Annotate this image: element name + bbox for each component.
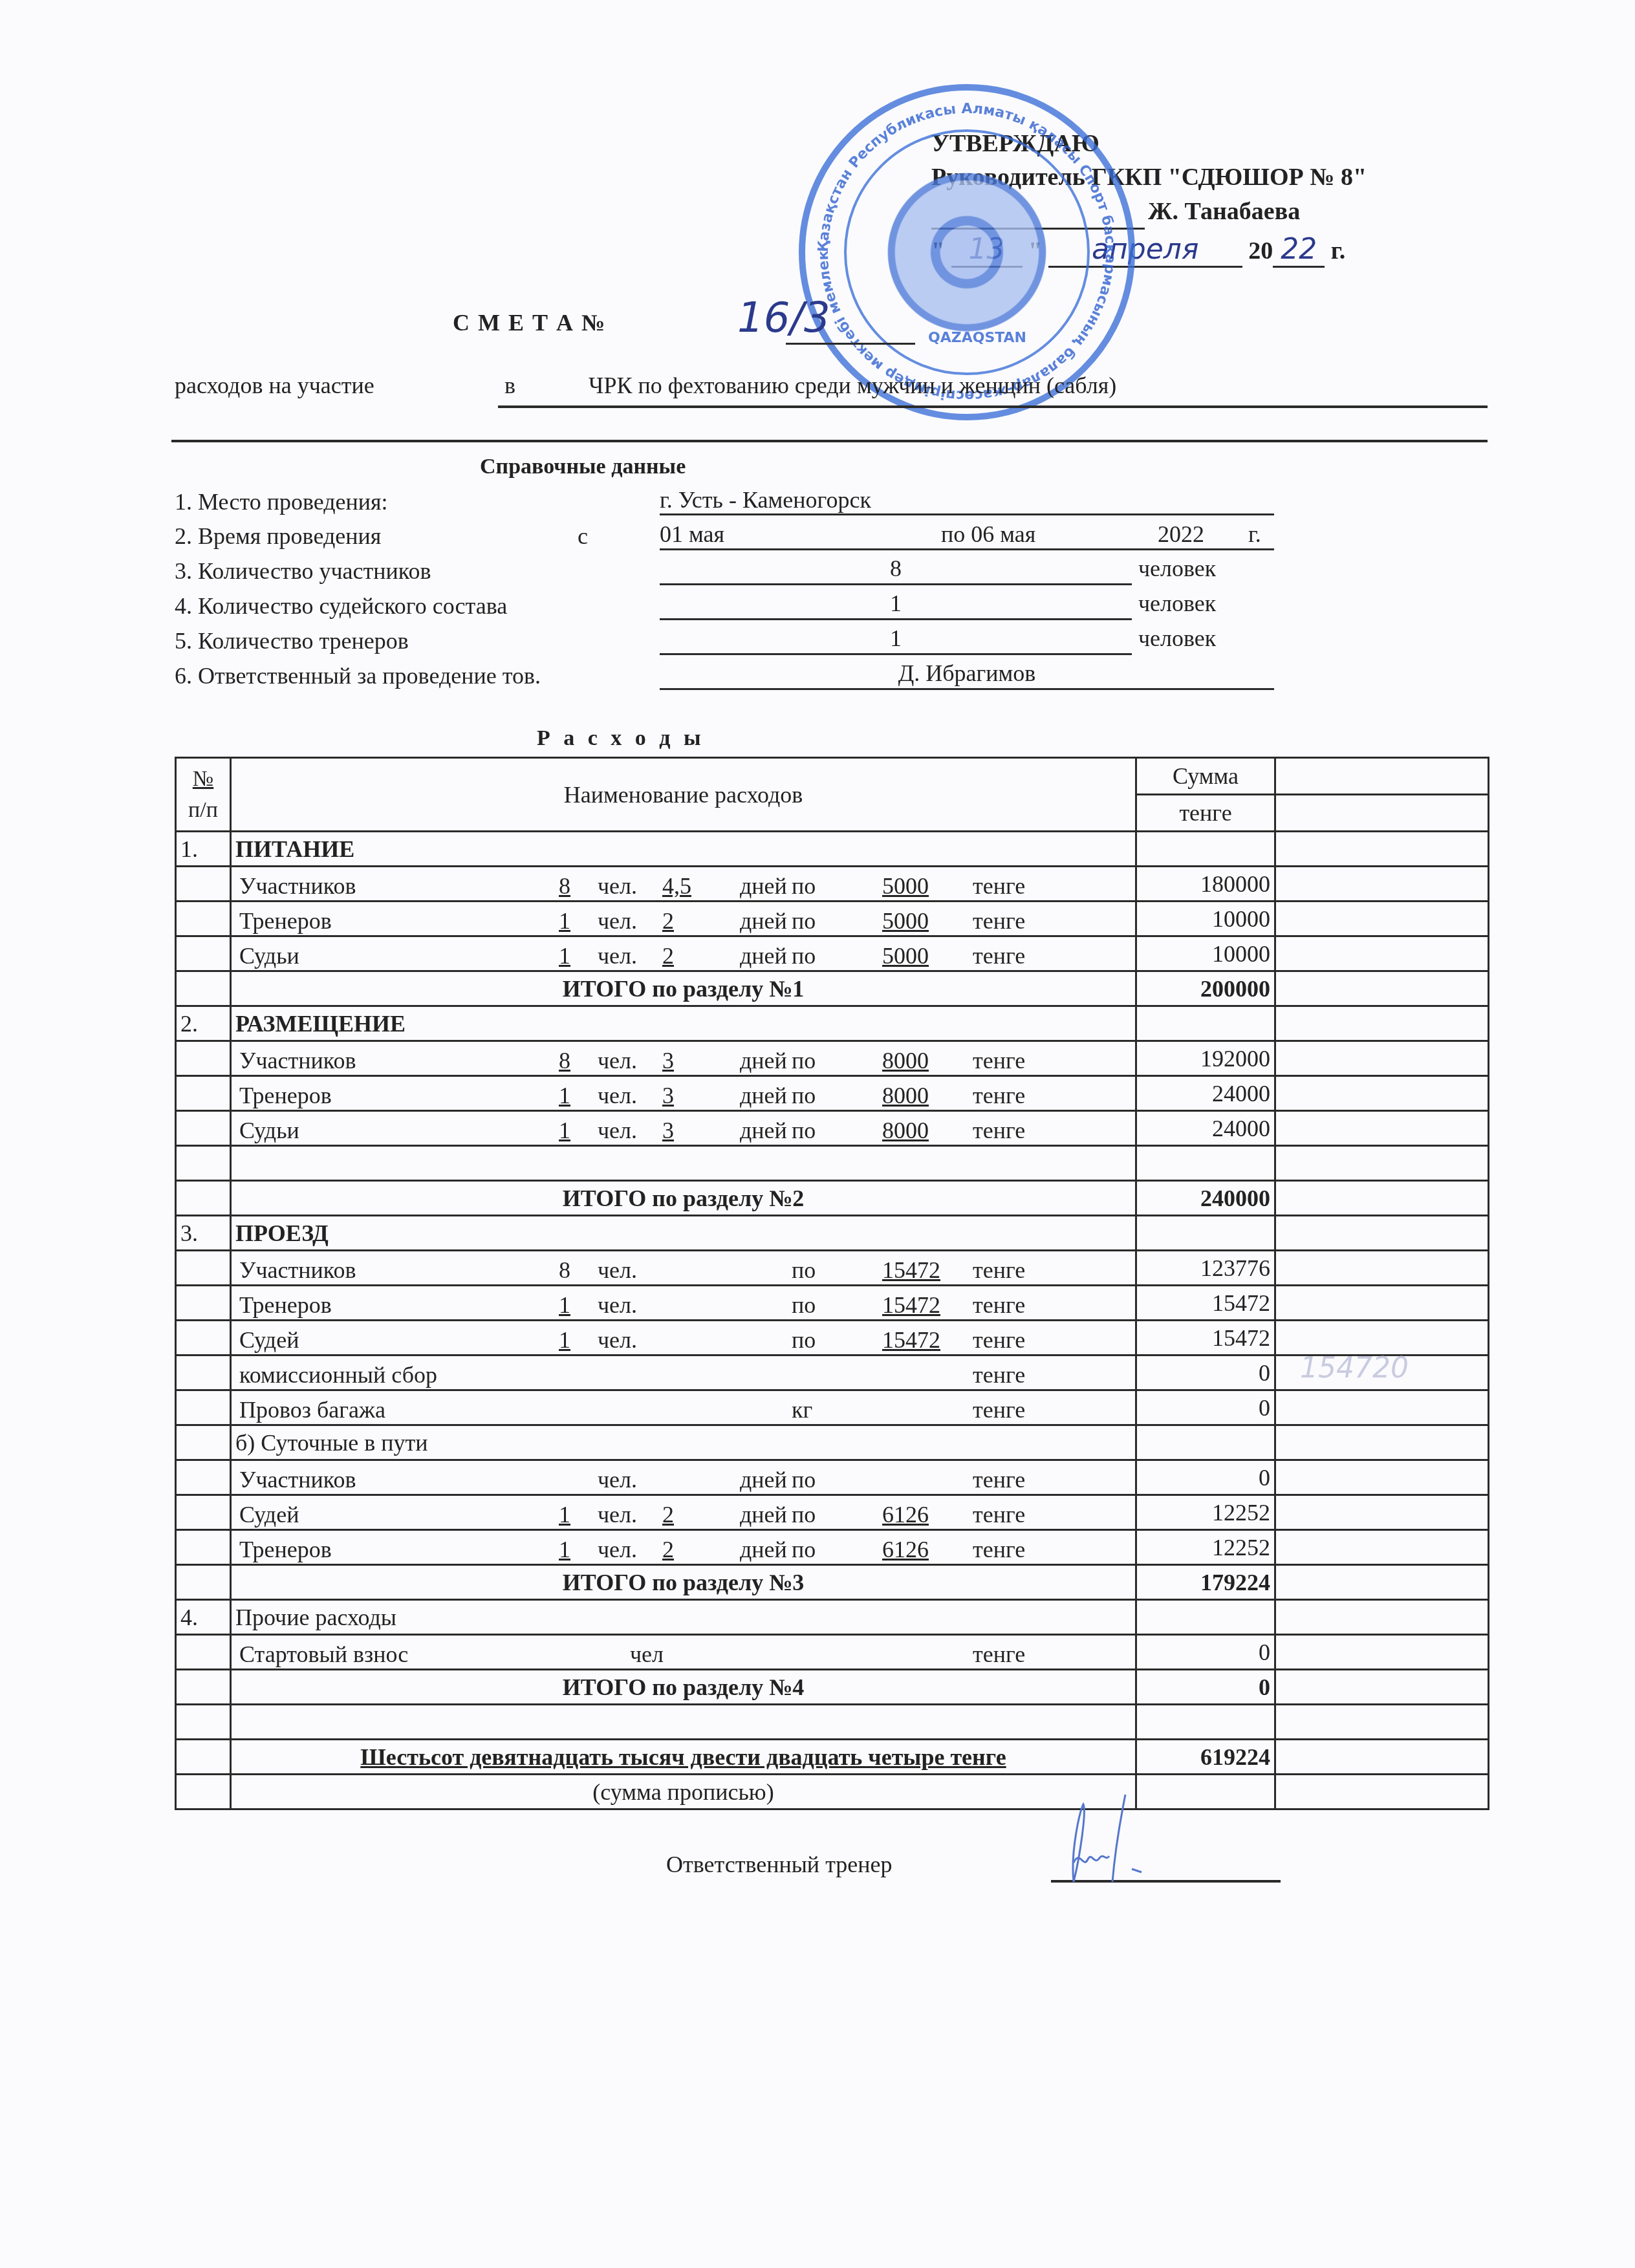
item-unit: чел.	[598, 1501, 637, 1528]
row-sum	[1136, 1216, 1275, 1251]
row-name: Участниковчел.днейпотенге	[231, 1460, 1136, 1495]
item-name: комиссионный сбор	[239, 1361, 437, 1388]
row-extra	[1275, 936, 1489, 971]
row-num	[176, 1705, 231, 1740]
header-extra-2	[1275, 795, 1489, 832]
row-sum: 15472	[1136, 1321, 1275, 1355]
ref-time-year: 2022	[1158, 521, 1204, 548]
item-days: 4,5	[662, 872, 691, 900]
row-num	[176, 1530, 231, 1565]
ref-judges-value: 1	[660, 590, 1132, 617]
row-num	[176, 1565, 231, 1600]
item-qty: 1	[559, 907, 570, 934]
item-cur: тенге	[973, 1047, 1025, 1074]
ref-coaches-label: 5. Количество тренеров	[175, 627, 409, 654]
item-cur: тенге	[973, 1117, 1025, 1144]
item-qty: 1	[559, 1082, 570, 1109]
header-num-sign: №	[193, 767, 213, 791]
item-rate: 6126	[882, 1536, 929, 1563]
ref-time-label: 2. Время проведения	[175, 523, 381, 550]
item-name: Участников	[239, 1466, 356, 1493]
event-underline	[498, 405, 1488, 408]
item-by: по	[792, 1117, 816, 1144]
row-sum	[1136, 832, 1275, 867]
state-emblem-icon	[883, 168, 1051, 336]
row-sum: 192000	[1136, 1041, 1275, 1076]
date-year-unit: г.	[1331, 237, 1345, 265]
item-unit: чел.	[598, 1291, 637, 1319]
item-cur: тенге	[973, 1641, 1025, 1668]
table-row	[176, 1705, 1489, 1740]
ref-place-line	[660, 513, 1274, 515]
row-num: 4.	[176, 1600, 231, 1635]
row-name: Провоз багажакгтенге	[231, 1390, 1136, 1425]
item-cur: тенге	[973, 907, 1025, 934]
item-rate: 5000	[882, 907, 929, 934]
row-num	[176, 1251, 231, 1286]
item-by: по	[792, 907, 816, 934]
item-days-label: дней	[740, 1082, 787, 1109]
row-num: 1.	[176, 832, 231, 867]
item-days-label: дней	[740, 1466, 787, 1493]
row-name: ИТОГО по разделу №4	[231, 1670, 1136, 1705]
table-row: Участников8чел.3днейпо8000тенге192000	[176, 1041, 1489, 1076]
item-rate: 8000	[882, 1082, 929, 1109]
item-by: по	[792, 1536, 816, 1563]
table-row: Тренеров1чел.2днейпо5000тенге10000	[176, 902, 1489, 936]
row-sum	[1136, 1705, 1275, 1740]
row-name: Тренеров1чел.2днейпо6126тенге	[231, 1530, 1136, 1565]
row-name	[231, 1705, 1136, 1740]
row-name: ИТОГО по разделу №1	[231, 971, 1136, 1006]
item-days: 3	[662, 1047, 674, 1074]
item-days: 3	[662, 1082, 674, 1109]
row-name: Прочие расходы	[231, 1600, 1136, 1635]
item-days: 2	[662, 907, 674, 934]
table-row: ИТОГО по разделу №1200000	[176, 971, 1489, 1006]
ref-time-year-unit: г.	[1248, 521, 1261, 548]
row-name: Судей1чел.2днейпо6126тенге	[231, 1495, 1136, 1530]
row-num	[176, 1286, 231, 1321]
item-qty: 1	[559, 1536, 570, 1563]
row-sum	[1136, 1600, 1275, 1635]
table-row: Тренеров1чел.2днейпо6126тенге12252	[176, 1530, 1489, 1565]
table-row: Судей1чел.по15472тенге15472	[176, 1321, 1489, 1355]
row-extra	[1275, 1460, 1489, 1495]
row-extra	[1275, 1251, 1489, 1286]
item-qty: 1	[559, 1501, 570, 1528]
row-extra	[1275, 1181, 1489, 1216]
row-name: РАЗМЕЩЕНИЕ	[231, 1006, 1136, 1041]
item-name: Судьи	[239, 1117, 299, 1144]
row-num	[176, 1670, 231, 1705]
table-row: 1.ПИТАНИЕ	[176, 832, 1489, 867]
ref-judges-label: 4. Количество судейского состава	[175, 592, 507, 620]
item-rate: 15472	[882, 1257, 940, 1284]
stamp-emblem-label: QAZAQSTAN	[928, 330, 1026, 346]
row-extra	[1275, 1740, 1489, 1775]
separator-line	[171, 440, 1488, 442]
item-rate: 15472	[882, 1291, 940, 1319]
table-header-row: № п/п Наименование расходов Сумма	[176, 758, 1489, 795]
table-row: (сумма прописью)	[176, 1775, 1489, 1809]
item-unit: чел.	[598, 1326, 637, 1354]
item-days-label: дней	[740, 1047, 787, 1074]
item-days-label: дней	[740, 907, 787, 934]
row-num	[176, 1355, 231, 1390]
ref-time-line	[660, 548, 1274, 550]
row-sum: 0	[1136, 1670, 1275, 1705]
item-by: по	[792, 1082, 816, 1109]
row-num	[176, 1425, 231, 1460]
row-name: ИТОГО по разделу №3	[231, 1565, 1136, 1600]
item-qty: 8	[559, 872, 570, 900]
row-sum: 24000	[1136, 1076, 1275, 1111]
row-name: ИТОГО по разделу №2	[231, 1181, 1136, 1216]
item-cur: тенге	[973, 872, 1025, 900]
row-num	[176, 1041, 231, 1076]
row-extra	[1275, 867, 1489, 902]
item-unit: чел.	[598, 1117, 637, 1144]
expenses-heading: Р а с х о д ы	[537, 726, 705, 751]
reference-heading: Справочные данные	[480, 455, 686, 479]
row-extra	[1275, 1390, 1489, 1425]
row-extra	[1275, 1530, 1489, 1565]
header-extra	[1275, 758, 1489, 795]
item-unit: чел.	[598, 872, 637, 900]
table-row: Участников8чел.по15472тенге123776	[176, 1251, 1489, 1286]
item-by: по	[792, 1257, 816, 1284]
item-qty: 1	[559, 1326, 570, 1354]
item-name: Тренеров	[239, 907, 332, 934]
row-extra	[1275, 1425, 1489, 1460]
item-days: 2	[662, 942, 674, 969]
header-currency: тенге	[1136, 795, 1275, 832]
item-name: Провоз багажа	[239, 1396, 385, 1423]
row-sum	[1136, 1425, 1275, 1460]
ref-participants-value: 8	[660, 555, 1132, 582]
row-name: Шестьсот девятнадцать тысяч двести двадц…	[231, 1740, 1136, 1775]
purpose-prep: в	[504, 372, 515, 399]
item-cur: тенге	[973, 1257, 1025, 1284]
ref-place-label: 1. Место проведения:	[175, 488, 388, 515]
table-row	[176, 1146, 1489, 1181]
table-row: Участников8чел.4,5днейпо5000тенге180000	[176, 867, 1489, 902]
row-extra	[1275, 1600, 1489, 1635]
item-unit: чел.	[598, 1082, 637, 1109]
row-extra	[1275, 971, 1489, 1006]
item-name: Тренеров	[239, 1082, 332, 1109]
ref-participants-label: 3. Количество участников	[175, 557, 431, 585]
row-name: Участников8чел.4,5днейпо5000тенге	[231, 867, 1136, 902]
row-extra	[1275, 1635, 1489, 1670]
row-sum: 0	[1136, 1635, 1275, 1670]
doc-number-line	[786, 343, 915, 345]
item-by: по	[792, 1047, 816, 1074]
table-row: Судьи1чел.2днейпо5000тенге10000	[176, 936, 1489, 971]
ref-time-prep: с	[578, 523, 588, 550]
item-by: по	[792, 872, 816, 900]
ref-judges-unit: человек	[1138, 590, 1216, 617]
header-name: Наименование расходов	[231, 758, 1136, 832]
item-days-label: дней	[740, 1117, 787, 1144]
row-sum	[1136, 1146, 1275, 1181]
row-num: 3.	[176, 1216, 231, 1251]
item-name: Участников	[239, 1257, 356, 1284]
row-extra	[1275, 1216, 1489, 1251]
ref-participants-unit: человек	[1138, 555, 1216, 582]
ref-coaches-value: 1	[660, 625, 1132, 652]
row-num	[176, 867, 231, 902]
ref-coaches-line	[660, 653, 1132, 655]
row-extra	[1275, 1495, 1489, 1530]
row-name: комиссионный сбортенге	[231, 1355, 1136, 1390]
row-num	[176, 971, 231, 1006]
row-num	[176, 1076, 231, 1111]
row-name: Стартовый взносчелтенге	[231, 1635, 1136, 1670]
row-num: 2.	[176, 1006, 231, 1041]
row-name	[231, 1146, 1136, 1181]
row-sum: 12252	[1136, 1530, 1275, 1565]
item-days-label: дней	[740, 1501, 787, 1528]
ref-time-from: 01 мая	[660, 521, 724, 548]
row-extra	[1275, 1775, 1489, 1809]
row-name: ПИТАНИЕ	[231, 832, 1136, 867]
item-cur: тенге	[973, 1082, 1025, 1109]
item-by: по	[792, 1291, 816, 1319]
row-extra	[1275, 1041, 1489, 1076]
item-rate: 15472	[882, 1326, 940, 1354]
table-row: ИТОГО по разделу №3179224	[176, 1565, 1489, 1600]
item-days-label: дней	[740, 942, 787, 969]
header-sum: Сумма	[1136, 758, 1275, 795]
item-days-label: дней	[740, 1536, 787, 1563]
ref-responsible-value: Д. Ибрагимов	[660, 660, 1274, 687]
item-name: Участников	[239, 872, 356, 900]
item-name: Тренеров	[239, 1536, 332, 1563]
row-num	[176, 936, 231, 971]
item-name: Судьи	[239, 942, 299, 969]
ref-judges-line	[660, 618, 1132, 620]
row-extra	[1275, 1705, 1489, 1740]
row-sum: 180000	[1136, 867, 1275, 902]
item-days: 2	[662, 1501, 674, 1528]
row-name: (сумма прописью)	[231, 1775, 1136, 1809]
item-name: Судей	[239, 1326, 299, 1354]
table-row: Шестьсот девятнадцать тысяч двести двадц…	[176, 1740, 1489, 1775]
row-sum: 123776	[1136, 1251, 1275, 1286]
ref-responsible-label: 6. Ответственный за проведение тов.	[175, 662, 541, 689]
expenses-table: № п/п Наименование расходов Сумма тенге …	[175, 757, 1489, 1810]
doc-title: С М Е Т А №	[453, 309, 606, 336]
item-by: по	[792, 1466, 816, 1493]
item-qty: 8	[559, 1047, 570, 1074]
event-name: ЧРК по фехтованию среди мужчин и женщин …	[589, 372, 1116, 399]
pencil-note: 154720	[1300, 1352, 1409, 1385]
row-num	[176, 1321, 231, 1355]
row-sum: 12252	[1136, 1495, 1275, 1530]
item-cur: тенге	[973, 1536, 1025, 1563]
table-row: 4.Прочие расходы	[176, 1600, 1489, 1635]
doc-number-handwritten: 16/3	[737, 294, 830, 342]
header-num: № п/п	[176, 758, 231, 832]
row-num	[176, 1775, 231, 1809]
table-row: 3.ПРОЕЗД	[176, 1216, 1489, 1251]
item-by: по	[792, 1501, 816, 1528]
ref-participants-line	[660, 583, 1132, 585]
row-name: Тренеров1чел.3днейпо8000тенге	[231, 1076, 1136, 1111]
item-rate: 5000	[882, 872, 929, 900]
item-qty: 8	[559, 1257, 570, 1284]
item-name: Стартовый взнос	[239, 1641, 408, 1668]
item-unit-alt: чел	[630, 1641, 664, 1668]
row-name: Тренеров1чел.2днейпо5000тенге	[231, 902, 1136, 936]
signature-icon	[1035, 1791, 1203, 1888]
row-sum: 0	[1136, 1390, 1275, 1425]
item-rate: 6126	[882, 1501, 929, 1528]
item-rate: 8000	[882, 1117, 929, 1144]
footer-signer-label: Ответственный тренер	[666, 1851, 893, 1878]
item-rate: 8000	[882, 1047, 929, 1074]
date-year-prefix: 20	[1248, 237, 1273, 265]
table-row: комиссионный сбортенге0	[176, 1355, 1489, 1390]
row-name: Судьи1чел.3днейпо8000тенге	[231, 1111, 1136, 1146]
item-unit: чел.	[598, 1047, 637, 1074]
row-extra	[1275, 1076, 1489, 1111]
table-row: Стартовый взносчелтенге0	[176, 1635, 1489, 1670]
row-extra	[1275, 1286, 1489, 1321]
row-num	[176, 1181, 231, 1216]
ref-coaches-unit: человек	[1138, 625, 1216, 652]
table-row: ИТОГО по разделу №2240000	[176, 1181, 1489, 1216]
item-cur: тенге	[973, 1466, 1025, 1493]
row-sum: 10000	[1136, 902, 1275, 936]
item-days: 3	[662, 1117, 674, 1144]
item-name: Судей	[239, 1501, 299, 1528]
row-extra	[1275, 1565, 1489, 1600]
row-sum	[1136, 1006, 1275, 1041]
item-qty: 1	[559, 942, 570, 969]
row-sum: 0	[1136, 1460, 1275, 1495]
date-year-suffix: 22	[1273, 233, 1325, 268]
row-num	[176, 1495, 231, 1530]
item-unit: чел.	[598, 1466, 637, 1493]
table-row: 2.РАЗМЕЩЕНИЕ	[176, 1006, 1489, 1041]
item-days-label: дней	[740, 872, 787, 900]
table-row: Участниковчел.днейпотенге0	[176, 1460, 1489, 1495]
row-extra	[1275, 1146, 1489, 1181]
row-sum: 619224	[1136, 1740, 1275, 1775]
table-row: Судей1чел.2днейпо6126тенге12252	[176, 1495, 1489, 1530]
row-sum: 0	[1136, 1355, 1275, 1390]
item-cur: тенге	[973, 1396, 1025, 1423]
official-stamp: Қазақстан Республикасы Алматы қаласы Спо…	[799, 84, 1135, 420]
row-num	[176, 1740, 231, 1775]
item-by: по	[792, 942, 816, 969]
header-num-sub: п/п	[180, 795, 226, 826]
item-unit: чел.	[598, 1257, 637, 1284]
approval-signer: Ж. Танабаева	[1148, 197, 1300, 226]
item-unit: чел.	[598, 942, 637, 969]
item-cur: тенге	[973, 942, 1025, 969]
row-sum: 240000	[1136, 1181, 1275, 1216]
row-name: Участников8чел.по15472тенге	[231, 1251, 1136, 1286]
table-row: Судьи1чел.3днейпо8000тенге24000	[176, 1111, 1489, 1146]
row-name: Участников8чел.3днейпо8000тенге	[231, 1041, 1136, 1076]
item-name: Участников	[239, 1047, 356, 1074]
item-unit: чел.	[598, 907, 637, 934]
item-qty: 1	[559, 1291, 570, 1319]
row-extra	[1275, 902, 1489, 936]
row-extra	[1275, 1111, 1489, 1146]
row-num	[176, 1635, 231, 1670]
row-sum: 10000	[1136, 936, 1275, 971]
row-num	[176, 1460, 231, 1495]
row-sum: 24000	[1136, 1111, 1275, 1146]
item-by: по	[792, 1326, 816, 1354]
row-sum: 15472	[1136, 1286, 1275, 1321]
item-cur: тенге	[973, 1361, 1025, 1388]
item-name: Тренеров	[239, 1291, 332, 1319]
item-qty: 1	[559, 1117, 570, 1144]
item-cur: тенге	[973, 1501, 1025, 1528]
ref-time-to: по 06 мая	[941, 521, 1035, 548]
row-name: б) Суточные в пути	[231, 1425, 1136, 1460]
ref-place-value: г. Усть - Каменогорск	[660, 486, 871, 513]
sum-in-words: Шестьсот девятнадцать тысяч двести двадц…	[360, 1744, 1006, 1770]
item-rate: 5000	[882, 942, 929, 969]
row-name: Судей1чел.по15472тенге	[231, 1321, 1136, 1355]
row-sum: 179224	[1136, 1565, 1275, 1600]
row-name: ПРОЕЗД	[231, 1216, 1136, 1251]
row-extra	[1275, 1006, 1489, 1041]
table-row: Тренеров1чел.по15472тенге15472	[176, 1286, 1489, 1321]
item-cur: тенге	[973, 1291, 1025, 1319]
purpose-label: расходов на участие	[175, 372, 374, 399]
item-days: 2	[662, 1536, 674, 1563]
row-num	[176, 1146, 231, 1181]
row-num	[176, 1111, 231, 1146]
row-name: Тренеров1чел.по15472тенге	[231, 1286, 1136, 1321]
row-num	[176, 1390, 231, 1425]
table-row: Тренеров1чел.3днейпо8000тенге24000	[176, 1076, 1489, 1111]
row-extra	[1275, 1670, 1489, 1705]
table-row: б) Суточные в пути	[176, 1425, 1489, 1460]
table-row: Провоз багажакгтенге0	[176, 1390, 1489, 1425]
item-cur: тенге	[973, 1326, 1025, 1354]
row-name: Судьи1чел.2днейпо5000тенге	[231, 936, 1136, 971]
row-extra	[1275, 832, 1489, 867]
row-extra	[1275, 1321, 1489, 1355]
row-num	[176, 902, 231, 936]
ref-responsible-line	[660, 688, 1274, 690]
table-row: ИТОГО по разделу №40	[176, 1670, 1489, 1705]
row-sum: 200000	[1136, 971, 1275, 1006]
item-kg: кг	[792, 1396, 812, 1423]
item-unit: чел.	[598, 1536, 637, 1563]
